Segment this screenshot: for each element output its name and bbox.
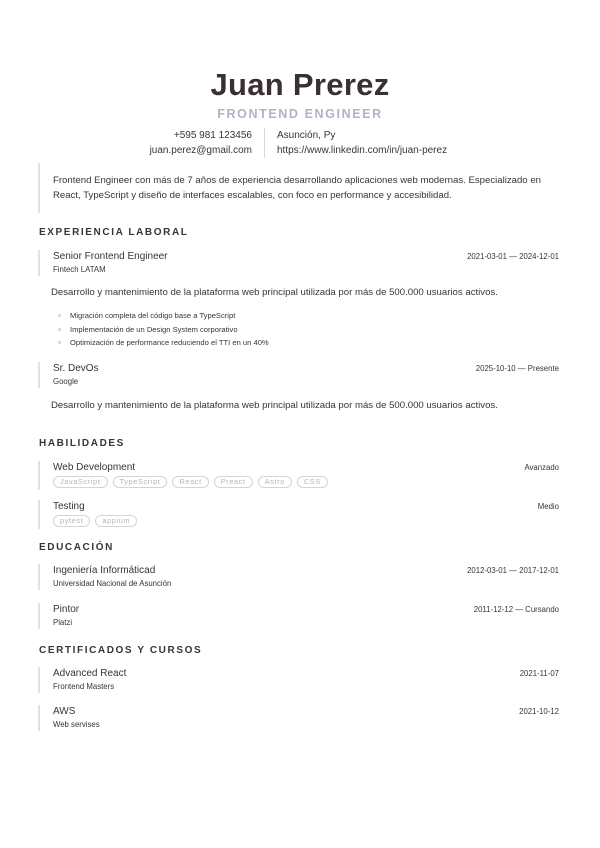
- candidate-role: FRONTEND ENGINEER: [0, 106, 600, 122]
- job-description: Desarrollo y mantenimiento de la platafo…: [51, 399, 498, 412]
- skill-tag: Preact: [214, 476, 253, 488]
- company: Fintech LATAM: [53, 263, 562, 276]
- section-title-experience: EXPERIENCIA LABORAL: [39, 227, 188, 238]
- linkedin-link[interactable]: https://www.linkedin.com/in/juan-perez: [277, 143, 600, 158]
- education-dates: 2012-03-01 — 2017-12-01: [467, 564, 559, 577]
- section-title-certificates: CERTIFICADOS Y CURSOS: [39, 645, 202, 656]
- job-highlights: Migración completa del código base a Typ…: [58, 309, 269, 350]
- job-dates: 2025-10-10 — Presente: [476, 362, 559, 375]
- contact-right: Asunción, Py https://www.linkedin.com/in…: [265, 128, 600, 158]
- skill-name: Testing: [53, 500, 562, 513]
- skill-tag: appium: [95, 515, 137, 527]
- email-link[interactable]: juan.perez@gmail.com: [0, 143, 252, 158]
- candidate-name: Juan Prerez: [0, 66, 600, 104]
- bullet-icon: [58, 314, 61, 317]
- certificate-entry: AWS Web servises 2021-10-12: [38, 705, 562, 731]
- skill-tag: pytest: [53, 515, 90, 527]
- highlight-item: Implementación de un Design System corpo…: [58, 323, 269, 337]
- skill-tag: React: [172, 476, 208, 488]
- experience-entry: Senior Frontend Engineer Fintech LATAM 2…: [38, 250, 562, 276]
- skill-entry: Testing Medio pytest appium: [38, 500, 562, 529]
- experience-entry: Sr. DevOs Google 2025-10-10 — Presente: [38, 362, 562, 388]
- skill-tags: pytest appium: [53, 515, 562, 527]
- skill-level: Avanzado: [524, 461, 559, 474]
- skill-tag: JavaScript: [53, 476, 108, 488]
- certificate-name: Advanced React: [53, 667, 562, 680]
- skill-tag: Astro: [258, 476, 292, 488]
- contact-info: +595 981 123456 juan.perez@gmail.com Asu…: [0, 128, 600, 158]
- contact-left: +595 981 123456 juan.perez@gmail.com: [0, 128, 265, 158]
- certificate-entry: Advanced React Frontend Masters 2021-11-…: [38, 667, 562, 693]
- section-title-education: EDUCACIÓN: [39, 542, 114, 553]
- job-dates: 2021-03-01 — 2024-12-01: [467, 250, 559, 263]
- highlight-item: Migración completa del código base a Typ…: [58, 309, 269, 323]
- skill-name: Web Development: [53, 461, 562, 474]
- skill-tag: CSS: [297, 476, 328, 488]
- summary: Frontend Engineer con más de 7 años de e…: [38, 163, 562, 213]
- institution: Universidad Nacional de Asunción: [53, 577, 562, 590]
- section-title-skills: HABILIDADES: [39, 438, 125, 449]
- job-description: Desarrollo y mantenimiento de la platafo…: [51, 286, 498, 299]
- phone: +595 981 123456: [0, 128, 252, 143]
- education-entry: Pintor Platzi 2011-12-12 — Cursando: [38, 603, 562, 629]
- education-entry: Ingeniería Informáticad Universidad Naci…: [38, 564, 562, 590]
- certificate-name: AWS: [53, 705, 562, 718]
- bullet-icon: [58, 341, 61, 344]
- skill-tags: JavaScript TypeScript React Preact Astro…: [53, 476, 562, 488]
- certificate-date: 2021-11-07: [520, 667, 559, 680]
- company: Google: [53, 375, 562, 388]
- certificate-issuer: Web servises: [53, 718, 562, 731]
- skill-level: Medio: [538, 500, 559, 513]
- skill-entry: Web Development Avanzado JavaScript Type…: [38, 461, 562, 490]
- resume-header: Juan Prerez FRONTEND ENGINEER: [0, 66, 600, 122]
- location: Asunción, Py: [277, 128, 600, 143]
- certificate-date: 2021-10-12: [519, 705, 559, 718]
- skill-tag: TypeScript: [113, 476, 168, 488]
- bullet-icon: [58, 328, 61, 331]
- institution: Platzi: [53, 616, 562, 629]
- highlight-item: Optimización de performance reduciendo e…: [58, 336, 269, 350]
- education-dates: 2011-12-12 — Cursando: [474, 603, 559, 616]
- certificate-issuer: Frontend Masters: [53, 680, 562, 693]
